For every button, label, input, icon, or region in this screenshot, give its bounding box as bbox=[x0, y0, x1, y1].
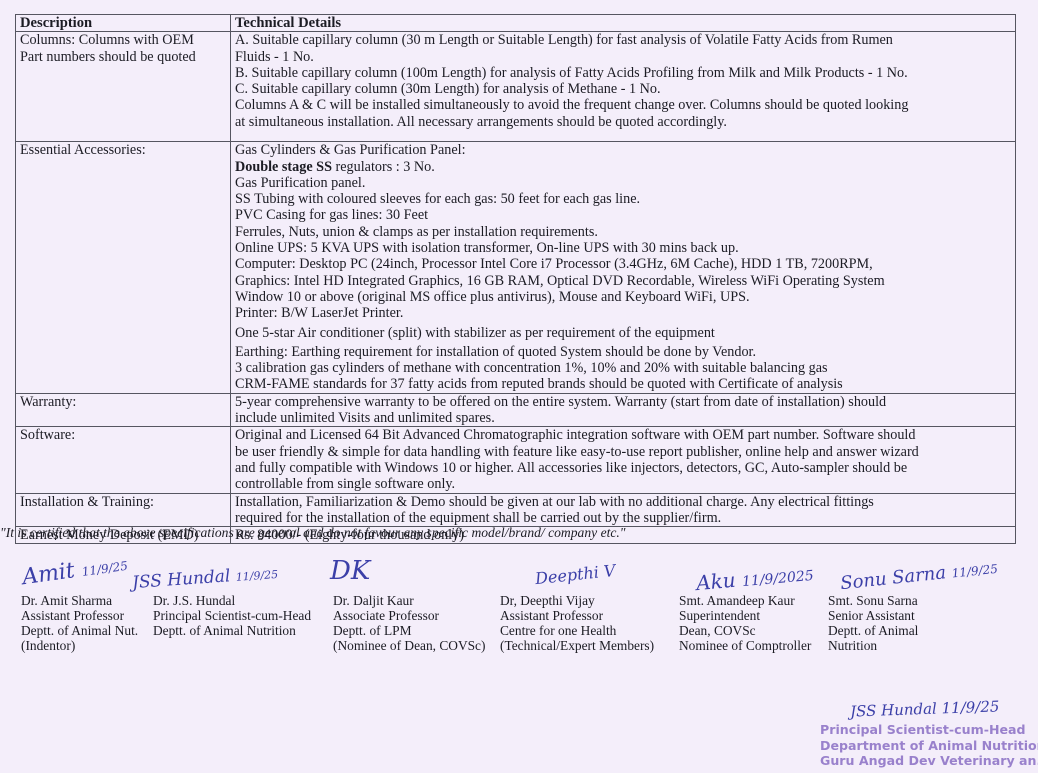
detail-line: Original and Licensed 64 Bit Advanced Ch… bbox=[235, 427, 1011, 443]
detail-line: 3 calibration gas cylinders of methane w… bbox=[235, 360, 1011, 376]
table-row-essential-accessories: Essential Accessories: Gas Cylinders & G… bbox=[16, 142, 1016, 393]
signatory-dept: Deptt. of Animal bbox=[828, 623, 918, 638]
signatory-title: Assistant Professor bbox=[500, 608, 654, 623]
row-details: Gas Cylinders & Gas Purification Panel: … bbox=[231, 142, 1016, 393]
signatory-role: Nominee of Comptroller bbox=[679, 638, 811, 653]
row-description: Installation & Training: bbox=[16, 493, 231, 527]
signatory-daljit-kaur: Dr. Daljit Kaur Associate Professor Dept… bbox=[333, 593, 485, 653]
detail-line: Ferrules, Nuts, union & clamps as per in… bbox=[235, 224, 1011, 240]
signature-amandeep-kaur: Aku 11/9/2025 bbox=[695, 561, 814, 595]
signature-text: JSS Hundal 11/9/25 bbox=[850, 697, 1000, 720]
signatory-role: (Indentor) bbox=[21, 638, 138, 653]
signatory-name: Dr. J.S. Hundal bbox=[153, 593, 311, 608]
desc-line: Part numbers should be quoted bbox=[20, 49, 226, 65]
signature-text: Deepthi V bbox=[534, 561, 616, 588]
row-details: A. Suitable capillary column (30 m Lengt… bbox=[231, 32, 1016, 142]
signatory-role: (Nominee of Dean, COVSc) bbox=[333, 638, 485, 653]
table-header-row: Description Technical Details bbox=[16, 15, 1016, 32]
detail-line: SS Tubing with coloured sleeves for each… bbox=[235, 191, 1011, 207]
signature-deepthi-vijay: Deepthi V bbox=[534, 561, 616, 588]
technical-specifications-table: Description Technical Details Columns: C… bbox=[15, 14, 1016, 544]
detail-line: controllable from single software only. bbox=[235, 476, 1011, 492]
table-row-installation-training: Installation & Training: Installation, F… bbox=[16, 493, 1016, 527]
row-details: 5-year comprehensive warranty to be offe… bbox=[231, 393, 1016, 427]
signatory-role: Nutrition bbox=[828, 638, 918, 653]
header-technical-details: Technical Details bbox=[231, 15, 1016, 32]
row-details: Installation, Familiarization & Demo sho… bbox=[231, 493, 1016, 527]
detail-line: at simultaneous installation. All necess… bbox=[235, 114, 1011, 130]
signatory-sonu-sarna: Smt. Sonu Sarna Senior Assistant Deptt. … bbox=[828, 593, 918, 653]
signature-date: 11/9/25 bbox=[951, 562, 998, 581]
signature-text: Amit bbox=[21, 558, 77, 590]
stamp-signature: JSS Hundal 11/9/25 bbox=[850, 697, 1000, 720]
signature-sonu-sarna: Sonu Sarna 11/9/25 bbox=[839, 557, 998, 594]
detail-line: Columns A & C will be installed simultan… bbox=[235, 97, 1011, 113]
signatory-dept: Deptt. of LPM bbox=[333, 623, 485, 638]
signatory-dept: Dean, COVSc bbox=[679, 623, 811, 638]
detail-line: One 5-star Air conditioner (split) with … bbox=[235, 325, 1011, 341]
signature-js-hundal: JSS Hundal 11/9/25 bbox=[131, 563, 278, 593]
signature-text: Aku bbox=[695, 568, 736, 595]
row-description: Columns: Columns with OEM Part numbers s… bbox=[16, 32, 231, 142]
detail-line-regulators: Double stage SS regulators : 3 No. bbox=[235, 159, 1011, 175]
stamp-line: Guru Angad Dev Veterinary an. bbox=[820, 753, 1038, 769]
row-description: Software: bbox=[16, 427, 231, 493]
bold-text: Double stage SS bbox=[235, 159, 332, 175]
detail-line: B. Suitable capillary column (100m Lengt… bbox=[235, 65, 1011, 81]
detail-line: Gas Purification panel. bbox=[235, 175, 1011, 191]
signature-text: JSS Hundal bbox=[131, 566, 231, 593]
detail-line: Online UPS: 5 KVA UPS with isolation tra… bbox=[235, 240, 1011, 256]
signatory-title: Senior Assistant bbox=[828, 608, 918, 623]
signatory-dept: Deptt. of Animal Nut. bbox=[21, 623, 138, 638]
signature-text: DK bbox=[330, 556, 370, 586]
detail-line: and fully compatible with Windows 10 or … bbox=[235, 460, 1011, 476]
table-row-software: Software: Original and Licensed 64 Bit A… bbox=[16, 427, 1016, 493]
signatory-role: (Technical/Expert Members) bbox=[500, 638, 654, 653]
detail-line: be user friendly & simple for data handl… bbox=[235, 444, 1011, 460]
detail-text: regulators : 3 No. bbox=[332, 159, 435, 175]
signatory-name: Smt. Sonu Sarna bbox=[828, 593, 918, 608]
signature-text: Sonu Sarna bbox=[839, 562, 947, 594]
signature-date: 11/9/2025 bbox=[741, 568, 814, 590]
certification-statement: "It is certified that the above specific… bbox=[0, 525, 626, 541]
signature-date: 11/9/25 bbox=[235, 568, 278, 584]
signatory-dept: Centre for one Health bbox=[500, 623, 654, 638]
official-stamp: Principal Scientist-cum-Head Department … bbox=[820, 722, 1038, 769]
signatory-title: Associate Professor bbox=[333, 608, 485, 623]
desc-line: Warranty: bbox=[20, 394, 226, 410]
signatory-name: Dr. Amit Sharma bbox=[21, 593, 138, 608]
document-page: Description Technical Details Columns: C… bbox=[0, 0, 1038, 773]
signature-daljit-kaur: DK bbox=[330, 556, 370, 586]
detail-line: include unlimited Visits and unlimited s… bbox=[235, 410, 1011, 426]
detail-line: Computer: Desktop PC (24inch, Processor … bbox=[235, 256, 1011, 272]
stamp-line: Department of Animal Nutrition bbox=[820, 738, 1038, 754]
detail-line: required for the installation of the equ… bbox=[235, 510, 1011, 526]
detail-line: Fluids - 1 No. bbox=[235, 49, 1011, 65]
detail-line: CRM-FAME standards for 37 fatty acids fr… bbox=[235, 376, 1011, 392]
signatory-title: Superintendent bbox=[679, 608, 811, 623]
signature-amit-sharma: Amit 11/9/25 bbox=[21, 551, 129, 590]
detail-line: A. Suitable capillary column (30 m Lengt… bbox=[235, 32, 1011, 48]
row-description: Essential Accessories: bbox=[16, 142, 231, 393]
row-details: Original and Licensed 64 Bit Advanced Ch… bbox=[231, 427, 1016, 493]
signatory-name: Dr. Daljit Kaur bbox=[333, 593, 485, 608]
stamp-line: Principal Scientist-cum-Head bbox=[820, 722, 1038, 738]
signatory-js-hundal: Dr. J.S. Hundal Principal Scientist-cum-… bbox=[153, 593, 311, 638]
detail-line: PVC Casing for gas lines: 30 Feet bbox=[235, 207, 1011, 223]
detail-line: Graphics: Intel HD Integrated Graphics, … bbox=[235, 273, 1011, 289]
desc-line: Essential Accessories: bbox=[20, 142, 226, 158]
signature-date: 11/9/25 bbox=[81, 559, 129, 579]
signatory-dept: Deptt. of Animal Nutrition bbox=[153, 623, 311, 638]
signatory-title: Principal Scientist-cum-Head bbox=[153, 608, 311, 623]
signatory-title: Assistant Professor bbox=[21, 608, 138, 623]
desc-line: Columns: Columns with OEM bbox=[20, 32, 226, 48]
detail-line: 5-year comprehensive warranty to be offe… bbox=[235, 394, 1011, 410]
detail-line: Earthing: Earthing requirement for insta… bbox=[235, 344, 1011, 360]
table-row-warranty: Warranty: 5-year comprehensive warranty … bbox=[16, 393, 1016, 427]
signatory-amandeep-kaur: Smt. Amandeep Kaur Superintendent Dean, … bbox=[679, 593, 811, 653]
detail-line: C. Suitable capillary column (30m Length… bbox=[235, 81, 1011, 97]
signatory-deepthi-vijay: Dr, Deepthi Vijay Assistant Professor Ce… bbox=[500, 593, 654, 653]
desc-line: Software: bbox=[20, 427, 226, 443]
signatory-name: Smt. Amandeep Kaur bbox=[679, 593, 811, 608]
signatory-name: Dr, Deepthi Vijay bbox=[500, 593, 654, 608]
detail-line: Printer: B/W LaserJet Printer. bbox=[235, 305, 1011, 321]
desc-line: Installation & Training: bbox=[20, 494, 226, 510]
detail-line: Installation, Familiarization & Demo sho… bbox=[235, 494, 1011, 510]
detail-line: Gas Cylinders & Gas Purification Panel: bbox=[235, 142, 1011, 158]
signatory-amit-sharma: Dr. Amit Sharma Assistant Professor Dept… bbox=[21, 593, 138, 653]
table-row-columns: Columns: Columns with OEM Part numbers s… bbox=[16, 32, 1016, 142]
row-description: Warranty: bbox=[16, 393, 231, 427]
detail-line: Window 10 or above (original MS office p… bbox=[235, 289, 1011, 305]
header-description: Description bbox=[16, 15, 231, 32]
